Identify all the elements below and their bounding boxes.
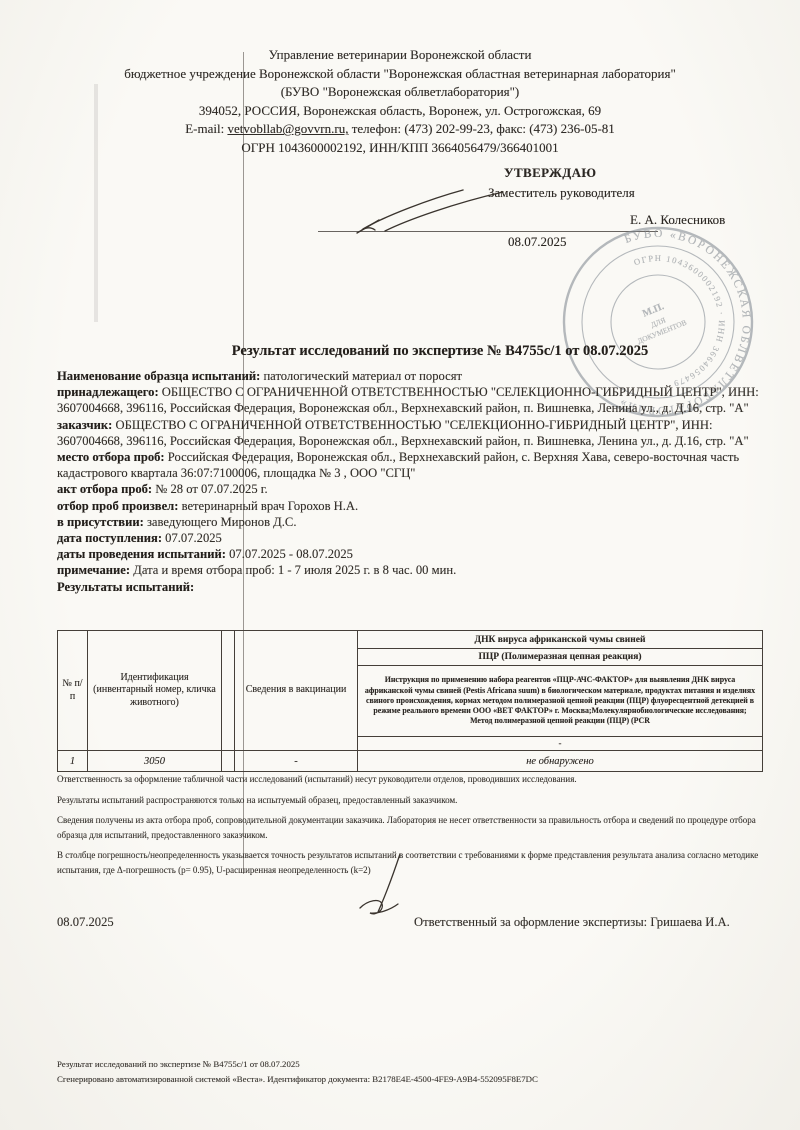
detail-label: в присутствии: <box>57 515 144 529</box>
uncertainty-cell: - <box>358 737 763 751</box>
detail-label: отбор проб произвел: <box>57 499 178 513</box>
row-empty <box>222 751 235 772</box>
row-num: 1 <box>58 751 88 772</box>
table-row: 1 3050 - не обнаружено <box>58 751 763 772</box>
approver-signature <box>345 183 555 238</box>
email-label: E-mail: <box>185 121 224 136</box>
org-contacts: E-mail: vetvobllab@govvrn.ru, телефон: (… <box>40 120 760 139</box>
responsible-signature <box>338 850 438 920</box>
detail-label: заказчик: <box>57 418 112 432</box>
document-title: Результат исследований по экспертизе № В… <box>120 343 760 360</box>
method-details-cell: Инструкция по применению набора реагенто… <box>358 666 763 737</box>
detail-label: акт отбора проб: <box>57 482 152 496</box>
detail-line: принадлежащего: ОБЩЕСТВО С ОГРАНИЧЕННОЙ … <box>57 384 763 416</box>
footer-generated-by: Сгенерировано автоматизированной системо… <box>57 1072 538 1087</box>
detail-label: примечание: <box>57 563 130 577</box>
document-footer: Результат исследований по экспертизе № В… <box>57 1057 538 1087</box>
detail-line: отбор проб произвел: ветеринарный врач Г… <box>57 498 763 514</box>
detail-line: Наименование образца испытаний: патологи… <box>57 368 763 384</box>
detail-line: акт отбора проб: № 28 от 07.07.2025 г. <box>57 481 763 497</box>
detail-line: даты проведения испытаний: 07.07.2025 - … <box>57 546 763 562</box>
org-department: Управление ветеринарии Воронежской облас… <box>40 46 760 65</box>
details-block: Наименование образца испытаний: патологи… <box>57 368 763 595</box>
detail-label: принадлежащего: <box>57 385 159 399</box>
detail-line: место отбора проб: Российская Федерация,… <box>57 449 763 481</box>
detail-line: заказчик: ОБЩЕСТВО С ОГРАНИЧЕННОЙ ОТВЕТС… <box>57 417 763 449</box>
org-name: бюджетное учреждение Воронежской области… <box>40 65 760 84</box>
row-result: не обнаружено <box>358 751 763 772</box>
letterhead: Управление ветеринарии Воронежской облас… <box>40 46 760 158</box>
detail-label: дата поступления: <box>57 531 162 545</box>
detail-label: место отбора проб: <box>57 450 165 464</box>
detail-line: Результаты испытаний: <box>57 579 763 595</box>
approve-label: УТВЕРЖДАЮ <box>504 165 596 181</box>
col-header-empty <box>222 631 235 751</box>
footer-expertise-ref: Результат исследований по экспертизе № В… <box>57 1057 538 1072</box>
scanned-document-page: Управление ветеринарии Воронежской облас… <box>0 0 800 1130</box>
footnote-line: Результаты испытаний распространяются то… <box>57 793 765 808</box>
footnote-line: Сведения получены из акта отбора проб, с… <box>57 813 765 842</box>
results-table: № п/п Идентификация (инвентарный номер, … <box>57 630 763 772</box>
responsible-person: Ответственный за оформление экспертизы: … <box>414 915 730 930</box>
row-vaccination: - <box>235 751 358 772</box>
detail-line: дата поступления: 07.07.2025 <box>57 530 763 546</box>
method-group-header: ПЦР (Полимеразная цепная реакция) <box>358 649 763 666</box>
detail-label: Наименование образца испытаний: <box>57 369 260 383</box>
col-header-vaccination: Сведения в вакцинации <box>235 631 358 751</box>
org-ogrn-inn: ОГРН 1043600002192, ИНН/КПП 3664056479/3… <box>40 139 760 158</box>
test-name-header: ДНК вируса африканской чумы свиней <box>358 631 763 649</box>
col-header-num: № п/п <box>58 631 88 751</box>
detail-label: даты проведения испытаний: <box>57 547 226 561</box>
footnote-line: Ответственность за оформление табличной … <box>57 772 765 787</box>
phone-fax: телефон: (473) 202-99-23, факс: (473) 23… <box>352 121 615 136</box>
org-short-name: (БУВО "Воронежская облветлаборатория") <box>40 83 760 102</box>
row-id: 3050 <box>88 751 222 772</box>
detail-line: примечание: Дата и время отбора проб: 1 … <box>57 562 763 578</box>
org-address: 394052, РОССИЯ, Воронежская область, Вор… <box>40 102 760 121</box>
detail-label: Результаты испытаний: <box>57 580 194 594</box>
col-header-identification: Идентификация (инвентарный номер, кличка… <box>88 631 222 751</box>
sign-date: 08.07.2025 <box>57 915 114 930</box>
email-value: vetvobllab@govvrn.ru, <box>227 121 348 136</box>
detail-line: в присутствии: заведующего Миронов Д.С. <box>57 514 763 530</box>
